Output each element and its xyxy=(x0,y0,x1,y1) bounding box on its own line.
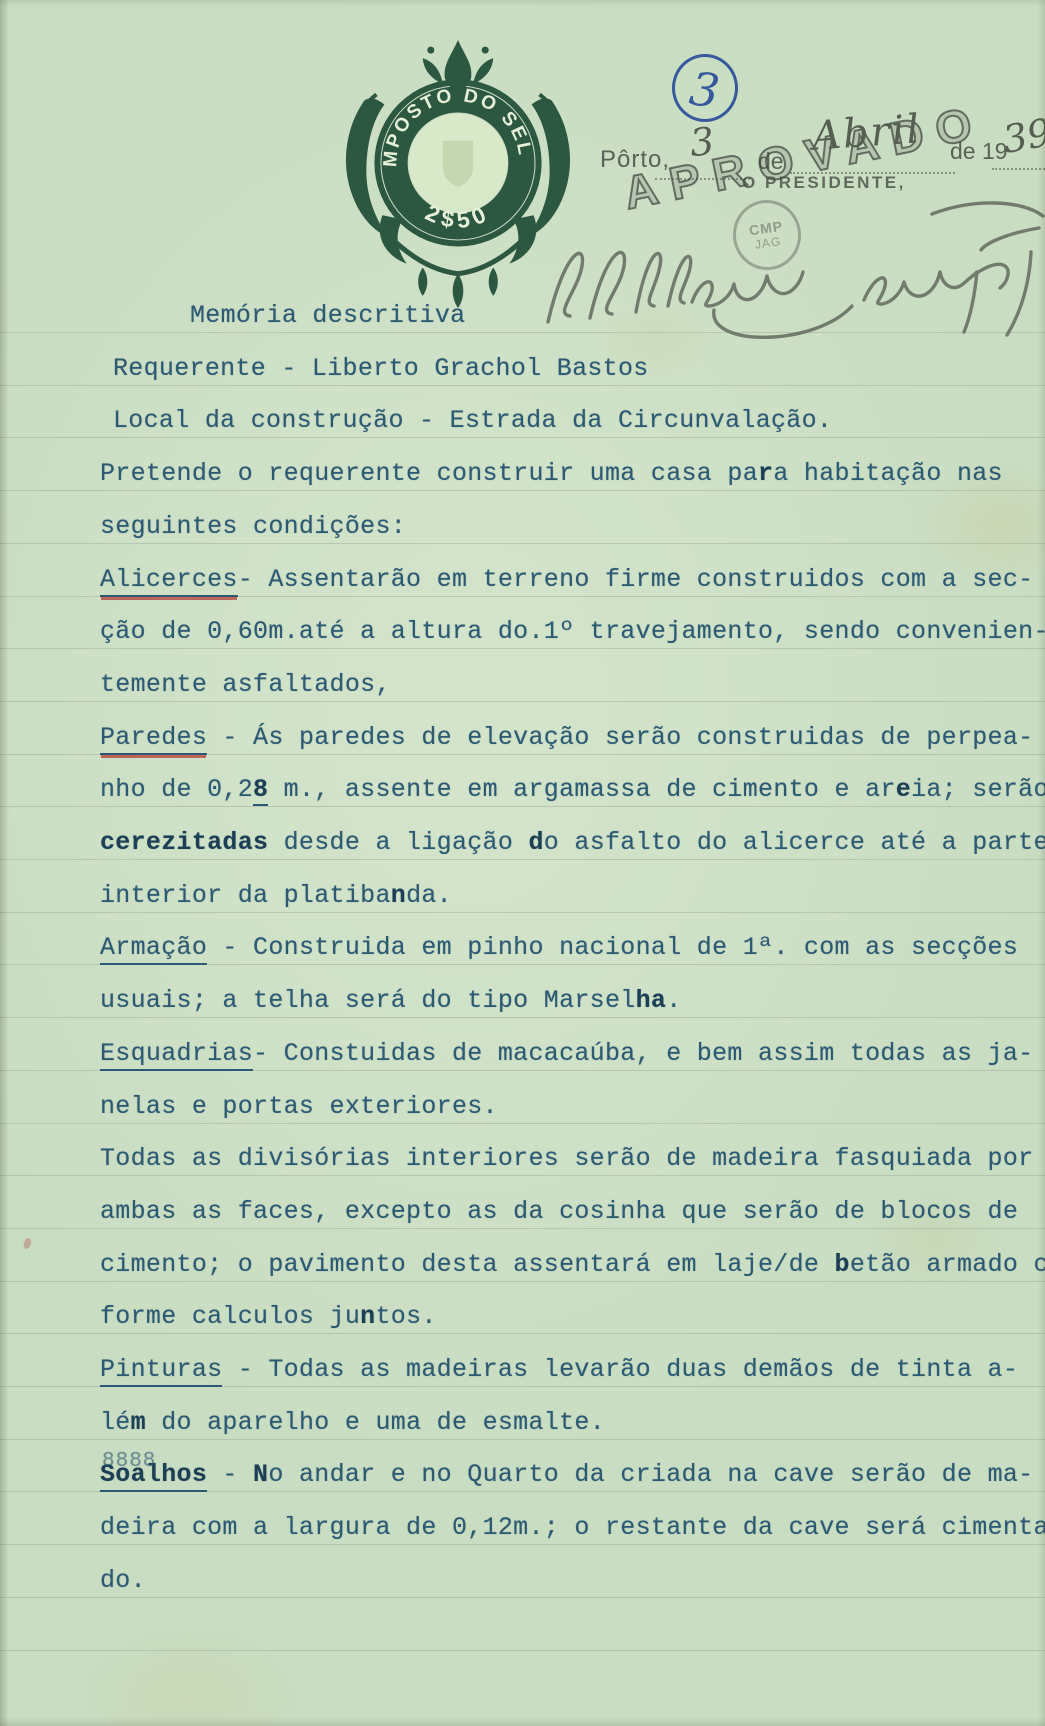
ruled-line xyxy=(0,1650,1045,1651)
typed-line: Pretende o requerente construir uma casa… xyxy=(100,457,1003,491)
typed-text: e xyxy=(896,775,911,804)
typed-text: ambas as faces, excepto as da cosinha qu… xyxy=(100,1197,1018,1226)
typed-line: Armação - Construida em pinho nacional d… xyxy=(100,931,1018,965)
section-heading: Esquadrias xyxy=(100,1039,253,1071)
signature-stroke xyxy=(636,253,691,312)
ruled-line xyxy=(0,1597,1045,1598)
typed-line: cerezitadas desde a ligação do asfalto d… xyxy=(100,826,1045,860)
signature-stroke xyxy=(981,228,1039,335)
typed-text: Local da construção - Estrada da Circunv… xyxy=(113,406,832,435)
typed-text: - Construida em pinho nacional de 1ª. co… xyxy=(207,933,1018,962)
overtyped-ghost-text: 8888 xyxy=(102,1445,156,1479)
date-city-stamp: Pôrto, xyxy=(600,146,670,174)
typed-text: d xyxy=(528,828,543,857)
typed-line: Local da construção - Estrada da Circunv… xyxy=(113,404,832,438)
date-year-handwritten: 39 xyxy=(1000,110,1045,162)
typed-text: m xyxy=(131,1408,146,1437)
date-month-handwritten: Abril xyxy=(811,106,923,160)
section-heading: Alicerces xyxy=(100,565,238,597)
typed-text: forme calculos ju xyxy=(100,1302,360,1331)
scanned-document-page: IMPOSTO DO SELO 2$50 3 APROVADO Pôrto, 3… xyxy=(0,0,1045,1726)
date-day-handwritten: 3 xyxy=(688,119,717,165)
typed-line: Memória descritiva xyxy=(190,299,465,333)
typed-line: Todas as divisórias interiores serão de … xyxy=(100,1142,1033,1176)
typed-text: Pretende o requerente construir uma casa… xyxy=(100,459,758,488)
signature-stroke xyxy=(714,306,852,337)
typed-line: ção de 0,60m.até a altura do.1º travejam… xyxy=(100,615,1045,649)
typed-text: - Assentarão em terreno firme construido… xyxy=(238,565,1034,594)
typed-line: do. xyxy=(100,1564,146,1598)
typed-text: usuais; a telha será do tipo Marsel xyxy=(100,986,636,1015)
typed-text: o andar e no Quarto da criada na cave se… xyxy=(268,1460,1033,1489)
circled-number-annotation: 3 xyxy=(672,54,738,122)
typed-text: ção de 0,60m.até a altura do.1º travejam… xyxy=(100,617,1045,646)
typed-line: interior da platibanda. xyxy=(100,879,452,913)
typed-text: b xyxy=(835,1250,850,1279)
typed-text: tos. xyxy=(375,1302,436,1331)
typed-line: 8888Soalhos - No andar e no Quarto da cr… xyxy=(100,1458,1033,1492)
typed-line: Pinturas - Todas as madeiras levarão dua… xyxy=(100,1353,1018,1387)
typed-text: cimento; o pavimento desta assentará em … xyxy=(100,1250,835,1279)
circled-number-value: 3 xyxy=(686,55,724,124)
typed-line: Esquadrias- Constuidas de macacaúba, e b… xyxy=(100,1037,1033,1071)
typed-text: ha xyxy=(636,986,667,1015)
typed-text: deira com a largura de 0,12m.; o restant… xyxy=(100,1513,1045,1542)
president-signature xyxy=(530,190,1045,355)
section-heading: Armação xyxy=(100,933,207,965)
signature-stroke xyxy=(548,252,624,322)
signature-stroke xyxy=(864,264,1008,332)
date-de2-stamp: de 19 xyxy=(950,138,1008,165)
typed-text: da. xyxy=(406,881,452,910)
typed-text: interior da platiba xyxy=(100,881,391,910)
typed-text: . xyxy=(666,986,681,1015)
typed-text: - Constuidas de macacaúba, e bem assim t… xyxy=(253,1039,1033,1068)
typed-text: - xyxy=(207,1460,253,1489)
typed-text: seguintes condições: xyxy=(100,512,406,541)
typed-text: do aparelho e uma de esmalte. xyxy=(146,1408,605,1437)
typed-text: N xyxy=(253,1460,268,1489)
typed-line: Requerente - Liberto Grachol Bastos xyxy=(113,352,649,386)
typed-text: - Ás paredes de elevação serão construid… xyxy=(207,723,1033,752)
typed-line: Alicerces- Assentarão em terreno firme c… xyxy=(100,563,1033,597)
typed-text: Memória descritiva xyxy=(190,301,465,330)
typed-text: n xyxy=(391,881,406,910)
typed-text: n xyxy=(360,1302,375,1331)
typed-text: o asfalto do alicerce até a parte xyxy=(544,828,1045,857)
typed-text: - Todas as madeiras levarão duas demãos … xyxy=(222,1355,1018,1384)
typed-line: Paredes - Ás paredes de elevação serão c… xyxy=(100,721,1033,755)
date-year-dotted-line xyxy=(992,166,1045,170)
stray-red-mark xyxy=(23,1237,32,1249)
typed-line: seguintes condições: xyxy=(100,510,406,544)
typed-text: r xyxy=(758,459,773,488)
typed-text: Requerente - Liberto Grachol Bastos xyxy=(113,354,649,383)
typed-line: forme calculos juntos. xyxy=(100,1300,437,1334)
typed-text: cerezitadas xyxy=(100,828,268,857)
typed-text: desde a ligação xyxy=(268,828,528,857)
typed-line: nho de 0,28 m., assente em argamassa de … xyxy=(100,773,1045,807)
signature-stroke xyxy=(932,203,1043,216)
typed-text: lé xyxy=(100,1408,131,1437)
typed-line: ambas as faces, excepto as da cosinha qu… xyxy=(100,1195,1018,1229)
date-de1-stamp: de xyxy=(758,148,784,175)
typed-line: usuais; a telha será do tipo Marselha. xyxy=(100,984,682,1018)
typed-line: deira com a largura de 0,12m.; o restant… xyxy=(100,1511,1045,1545)
typed-line: lém do aparelho e uma de esmalte. xyxy=(100,1406,605,1440)
typed-text: etão armado co xyxy=(850,1250,1045,1279)
typed-text: Todas as divisórias interiores serão de … xyxy=(100,1144,1033,1173)
section-heading: Pinturas xyxy=(100,1355,222,1387)
typed-line: cimento; o pavimento desta assentará em … xyxy=(100,1248,1045,1282)
typed-text: 8 xyxy=(253,775,268,806)
typed-text: m., assente em argamassa de cimento e ar xyxy=(268,775,895,804)
typed-text: nho de 0,2 xyxy=(100,775,253,804)
typed-text: a habitação nas xyxy=(773,459,1003,488)
typed-text: do. xyxy=(100,1566,146,1595)
typed-text: ia; serão xyxy=(911,775,1045,804)
typed-line: temente asfaltados, xyxy=(100,668,391,702)
signature-stroke xyxy=(692,272,803,306)
date-day-dotted-line xyxy=(655,176,750,180)
typed-line: nelas e portas exteriores. xyxy=(100,1090,498,1124)
typed-text: temente asfaltados, xyxy=(100,670,391,699)
section-heading: Paredes xyxy=(100,723,207,755)
typed-text: nelas e portas exteriores. xyxy=(100,1092,498,1121)
